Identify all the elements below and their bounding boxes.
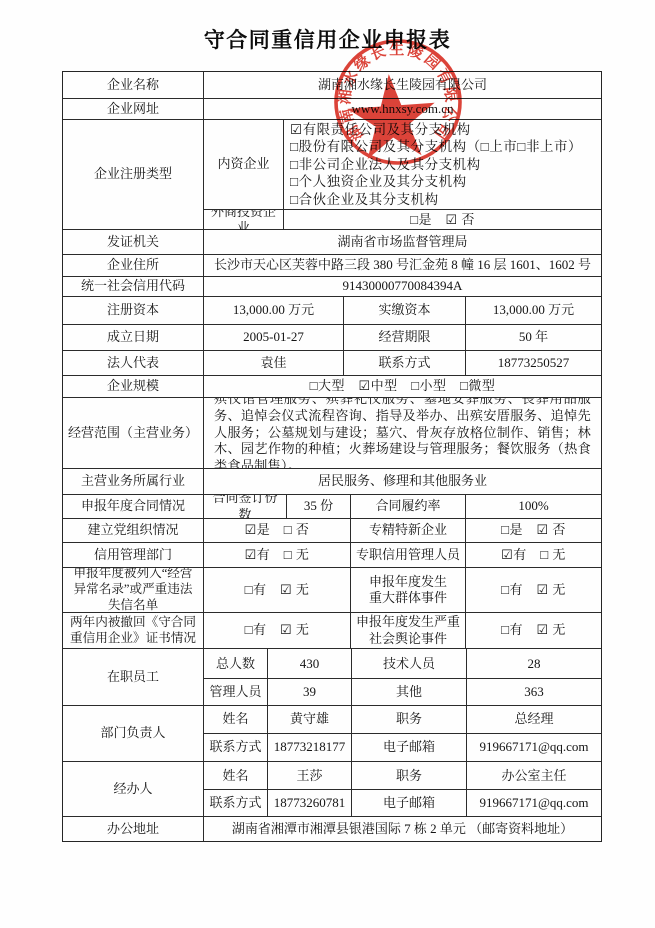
- field-label: 实缴资本: [343, 297, 465, 324]
- field-label: 企业名称: [63, 72, 203, 98]
- legal-rep-value: 袁佳: [203, 351, 343, 375]
- field-label: 职务: [351, 762, 466, 789]
- row-website: 企业网址 www.hnxsy.com.cn: [63, 98, 601, 119]
- paid-capital-value: 13,000.00 万元: [465, 297, 601, 324]
- specialized-checkbox-value: □是 ☑ 否: [465, 519, 601, 542]
- company-name-value: 湖南湘水缘长生陵园有限公司: [203, 72, 601, 98]
- dept-head-name-value: 黄守雄: [267, 706, 351, 733]
- field-label: 信用管理部门: [63, 543, 203, 567]
- row-address: 企业住所 长沙市天心区芙蓉中路三段 380 号汇金苑 8 幢 16 层 1601…: [63, 254, 601, 276]
- handler-phone-value: 18773260781: [267, 790, 351, 816]
- row-capital: 注册资本 13,000.00 万元 实缴资本 13,000.00 万元: [63, 296, 601, 324]
- field-label: 外商投资企业: [204, 210, 283, 230]
- field-label: 经营范围（主营业务）: [63, 398, 203, 468]
- row-abnormal-list: 申报年度被列入“经营 异常名录”或严重违法 失信名单 □有 ☑ 无 申报年度发生…: [63, 567, 601, 612]
- contracts-count-value: 35 份: [286, 495, 350, 518]
- checkbox-option: □非公司企业法人及其分支机构: [290, 156, 597, 173]
- row-industry: 主营业务所属行业 居民服务、修理和其他服务业: [63, 468, 601, 494]
- field-label: 电子邮箱: [351, 734, 466, 761]
- row-uscc: 统一社会信用代码 91430000770084394A: [63, 276, 601, 296]
- row-business-scope: 经营范围（主营业务） 殡仪馆管理服务、殡葬礼仪服务、墓地安葬服务、丧葬用品服务、…: [63, 397, 601, 468]
- industry-value: 居民服务、修理和其他服务业: [203, 469, 601, 494]
- foreign-checkbox-value: □是 ☑ 否: [283, 210, 601, 230]
- field-label: 申报年度发生严重 社会舆论事件: [350, 613, 465, 648]
- checkbox-option: □股份有限公司及其分支机构（□上市□非上市）: [290, 138, 597, 155]
- page-title: 守合同重信用企业申报表: [0, 24, 655, 54]
- row-contracts: 申报年度合同情况 合同签订份数 35 份 合同履约率 100%: [63, 494, 601, 518]
- staff-other-value: 363: [466, 679, 601, 705]
- field-label: 联系方式: [204, 790, 267, 816]
- field-label: 企业住所: [63, 255, 203, 276]
- checkbox-option: □个人独资企业及其分支机构: [290, 173, 597, 190]
- issuer-value: 湖南省市场监督管理局: [203, 230, 601, 254]
- field-label: 部门负责人: [63, 706, 203, 761]
- staff-tech-value: 28: [466, 649, 601, 678]
- field-label: 经办人: [63, 762, 203, 816]
- opinion-incident-checkbox-value: □有 ☑ 无: [465, 613, 601, 648]
- row-office-address: 办公地址 湖南省湘潭市湘潭县银港国际 7 栋 2 单元 （邮寄资料地址）: [63, 816, 601, 841]
- field-label: 办公地址: [63, 817, 203, 841]
- staff-subrow: 总人数 430 技术人员 28: [204, 649, 601, 678]
- field-label: 主营业务所属行业: [63, 469, 203, 494]
- legal-rep-phone-value: 18773250527: [465, 351, 601, 375]
- business-scope-cell: 殡仪馆管理服务、殡葬礼仪服务、墓地安葬服务、丧葬用品服务、追悼会仪式流程咨询、指…: [203, 398, 601, 468]
- address-value: 长沙市天心区芙蓉中路三段 380 号汇金苑 8 幢 16 层 1601、1602…: [203, 255, 601, 276]
- row-withdrawn-cert: 两年内被撤回《守合同 重信用企业》证书情况 □有 ☑ 无 申报年度发生严重 社会…: [63, 612, 601, 648]
- field-label: 电子邮箱: [351, 790, 466, 816]
- field-label: 申报年度发生 重大群体事件: [350, 568, 465, 612]
- field-label: 申报年度合同情况: [63, 495, 203, 518]
- handler-subrow: 姓名 王莎 职务 办公室主任: [204, 762, 601, 789]
- staff-total-value: 430: [267, 649, 351, 678]
- field-label: 技术人员: [351, 649, 466, 678]
- field-label: 联系方式: [343, 351, 465, 375]
- row-issuer: 发证机关 湖南省市场监督管理局: [63, 229, 601, 254]
- handler-subrow: 联系方式 18773260781 电子邮箱 919667171@qq.com: [204, 789, 601, 816]
- field-label: 企业网址: [63, 99, 203, 119]
- contract-rate-value: 100%: [465, 495, 601, 518]
- field-label: 建立党组织情况: [63, 519, 203, 542]
- field-label: 内资企业: [204, 120, 283, 209]
- field-label: 两年内被撤回《守合同 重信用企业》证书情况: [63, 613, 203, 648]
- office-address-value: 湖南省湘潭市湘潭县银港国际 7 栋 2 单元 （邮寄资料地址）: [203, 817, 601, 841]
- row-dept-head: 部门负责人 姓名 黄守雄 职务 总经理 联系方式 18773218177 电子邮…: [63, 705, 601, 761]
- dept-head-title-value: 总经理: [466, 706, 601, 733]
- foreign-enterprise-row: 外商投资企业 □是 ☑ 否: [204, 209, 601, 230]
- row-legal-rep: 法人代表 袁佳 联系方式 18773250527: [63, 350, 601, 375]
- field-label: 管理人员: [204, 679, 267, 705]
- field-label: 法人代表: [63, 351, 203, 375]
- handler-name-value: 王莎: [267, 762, 351, 789]
- row-company-name: 企业名称 湖南湘水缘长生陵园有限公司: [63, 72, 601, 98]
- uscc-value: 91430000770084394A: [203, 277, 601, 296]
- row-scale: 企业规模 □大型 ☑中型 □小型 □微型: [63, 375, 601, 397]
- field-label: 姓名: [204, 762, 267, 789]
- field-label: 总人数: [204, 649, 267, 678]
- field-label: 姓名: [204, 706, 267, 733]
- field-label: 专精特新企业: [350, 519, 465, 542]
- field-label: 企业规模: [63, 376, 203, 397]
- application-form-table: 企业名称 湖南湘水缘长生陵园有限公司 企业网址 www.hnxsy.com.cn…: [62, 71, 602, 842]
- group-incident-checkbox-value: □有 ☑ 无: [465, 568, 601, 612]
- field-label: 注册资本: [63, 297, 203, 324]
- row-registration-type: 企业注册类型 内资企业 ☑有限责任公司及其分支机构 □股份有限公司及其分支机构（…: [63, 119, 601, 229]
- founded-date-value: 2005-01-27: [203, 325, 343, 350]
- field-label: 其他: [351, 679, 466, 705]
- website-value: www.hnxsy.com.cn: [203, 99, 601, 119]
- field-label: 成立日期: [63, 325, 203, 350]
- dept-head-phone-value: 18773218177: [267, 734, 351, 761]
- staff-mgmt-value: 39: [267, 679, 351, 705]
- field-label: 发证机关: [63, 230, 203, 254]
- scanned-application-form: 守合同重信用企业申报表 企业名称 湖南湘水缘长生陵园有限公司 企业网址 www.…: [0, 0, 655, 928]
- row-credit-dept: 信用管理部门 ☑有 □ 无 专职信用管理人员 ☑有 □ 无: [63, 542, 601, 567]
- row-party: 建立党组织情况 ☑是 □ 否 专精特新企业 □是 ☑ 否: [63, 518, 601, 542]
- scale-checkbox-value: □大型 ☑中型 □小型 □微型: [203, 376, 601, 397]
- handler-title-value: 办公室主任: [466, 762, 601, 789]
- credit-staff-checkbox-value: ☑有 □ 无: [465, 543, 601, 567]
- staff-subrow: 管理人员 39 其他 363: [204, 678, 601, 705]
- credit-dept-checkbox-value: ☑有 □ 无: [203, 543, 350, 567]
- field-label: 统一社会信用代码: [63, 277, 203, 296]
- row-founded: 成立日期 2005-01-27 经营期限 50 年: [63, 324, 601, 350]
- row-staff: 在职员工 总人数 430 技术人员 28 管理人员 39 其他 363: [63, 648, 601, 705]
- domestic-options: ☑有限责任公司及其分支机构 □股份有限公司及其分支机构（□上市□非上市） □非公…: [283, 120, 601, 209]
- row-handler: 经办人 姓名 王莎 职务 办公室主任 联系方式 18773260781 电子邮箱…: [63, 761, 601, 816]
- withdrawn-checkbox-value: □有 ☑ 无: [203, 613, 350, 648]
- domestic-enterprise-row: 内资企业 ☑有限责任公司及其分支机构 □股份有限公司及其分支机构（□上市□非上市…: [204, 120, 601, 209]
- dept-head-email-value: 919667171@qq.com: [466, 734, 601, 761]
- checkbox-option: □合伙企业及其分支机构: [290, 191, 597, 208]
- field-label: 在职员工: [63, 649, 203, 705]
- business-term-value: 50 年: [465, 325, 601, 350]
- registered-capital-value: 13,000.00 万元: [203, 297, 343, 324]
- checkbox-option: ☑有限责任公司及其分支机构: [290, 121, 597, 138]
- field-label: 企业注册类型: [63, 120, 203, 229]
- field-label: 职务: [351, 706, 466, 733]
- field-label: 合同履约率: [350, 495, 465, 518]
- abnormal-checkbox-value: □有 ☑ 无: [203, 568, 350, 612]
- field-label: 专职信用管理人员: [350, 543, 465, 567]
- field-label: 申报年度被列入“经营 异常名录”或严重违法 失信名单: [63, 568, 203, 612]
- field-label: 合同签订份数: [203, 495, 286, 518]
- dept-head-subrow: 联系方式 18773218177 电子邮箱 919667171@qq.com: [204, 733, 601, 761]
- party-checkbox-value: ☑是 □ 否: [203, 519, 350, 542]
- field-label: 联系方式: [204, 734, 267, 761]
- business-scope-value: 殡仪馆管理服务、殡葬礼仪服务、墓地安葬服务、丧葬用品服务、追悼会仪式流程咨询、指…: [207, 398, 598, 468]
- dept-head-subrow: 姓名 黄守雄 职务 总经理: [204, 706, 601, 733]
- handler-email-value: 919667171@qq.com: [466, 790, 601, 816]
- field-label: 经营期限: [343, 325, 465, 350]
